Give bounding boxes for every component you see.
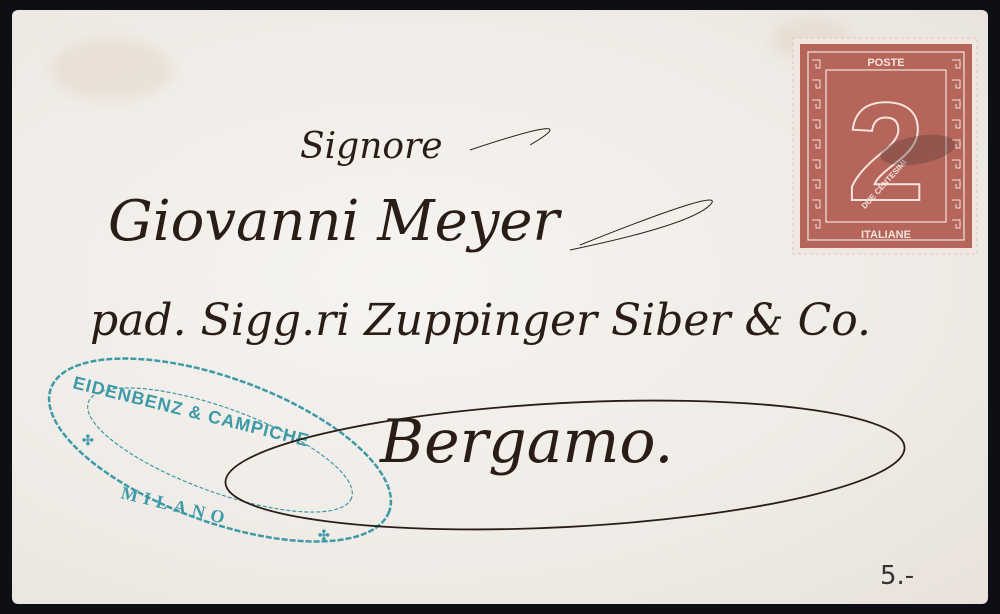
cachet-star-icon: ✣: [82, 432, 95, 448]
address-care-of: pad. Sigg.ri Zuppinger Siber & Co.: [90, 295, 871, 346]
cachet-city: MILANO: [119, 482, 233, 529]
stamp-bottom-text: ITALIANE: [861, 229, 911, 241]
cachet-star-icon: ✣: [318, 527, 331, 543]
handwritten-address: Signore Giovanni Meyer pad. Sigg.ri Zupp…: [90, 126, 908, 545]
price-note: 5.-: [880, 561, 914, 591]
stamp-top-text: POSTE: [867, 57, 904, 69]
cachet-company: EIDENBENZ & CAMPICHE: [71, 372, 312, 450]
address-city: Bergamo.: [379, 407, 674, 477]
company-cachet: EIDENBENZ & CAMPICHE MILANO ✣ ✣: [26, 321, 414, 579]
postage-stamp: POSTE 2 DUE CENTESIMI ITALIANE: [793, 38, 977, 254]
envelope-artwork: POSTE 2 DUE CENTESIMI ITALIANE EIDENBENZ…: [0, 0, 1000, 614]
address-salutation: Signore: [300, 126, 443, 167]
address-name: Giovanni Meyer: [108, 189, 562, 254]
cachet-outer-ring: [26, 321, 414, 579]
